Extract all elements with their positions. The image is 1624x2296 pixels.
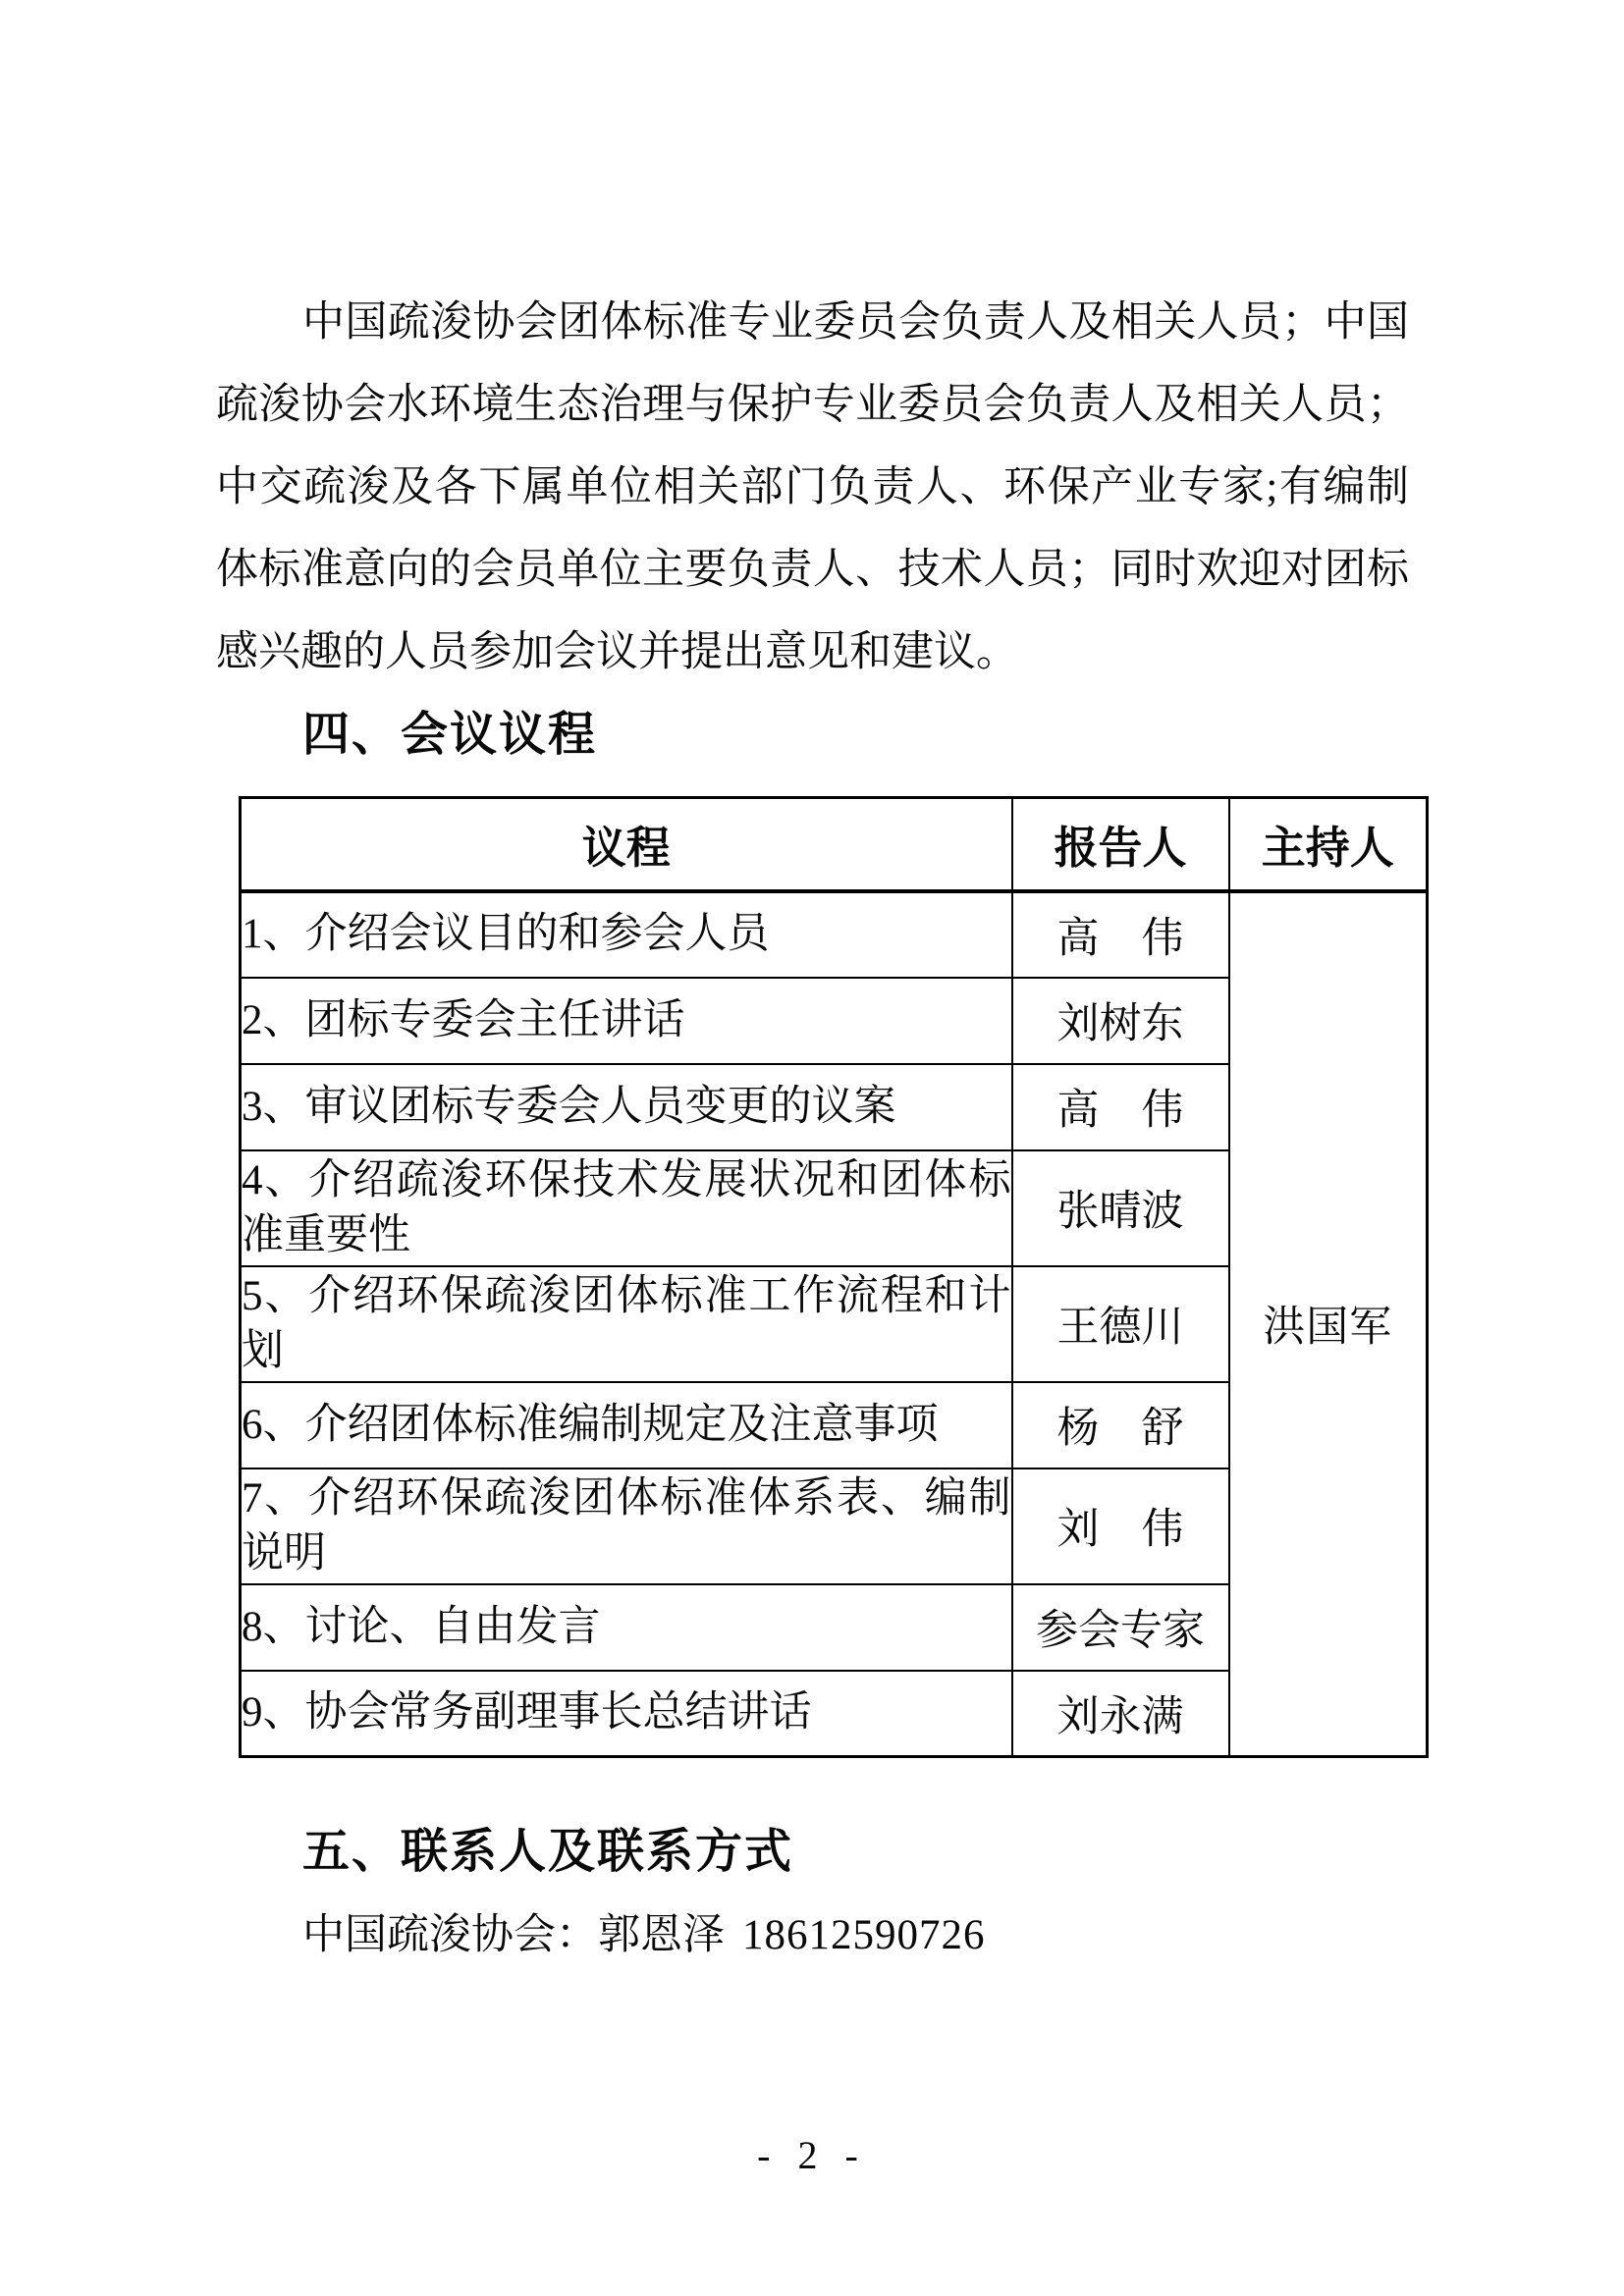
agenda-cell: 5、介绍环保疏浚团体标准工作流程和计划 (241, 1266, 1012, 1382)
agenda-cell: 4、介绍疏浚环保技术发展状况和团体标准重要性 (241, 1150, 1012, 1266)
table-row: 1、介绍会议目的和参会人员 高 伟 洪国军 (241, 891, 1428, 978)
agenda-column-header: 议程 (241, 798, 1012, 891)
host-cell: 洪国军 (1229, 891, 1428, 1757)
agenda-cell: 2、团标专委会主任讲话 (241, 978, 1012, 1064)
reporter-cell: 张晴波 (1012, 1150, 1229, 1266)
contact-phone: 18612590726 (742, 1912, 986, 1958)
host-column-header: 主持人 (1229, 798, 1428, 891)
reporter-cell: 杨 舒 (1012, 1382, 1229, 1468)
agenda-cell: 9、协会常务副理事长总结讲话 (241, 1671, 1012, 1757)
intro-paragraph-line: 体标准意向的会员单位主要负责人、技术人员；同时欢迎对团标 (216, 529, 1409, 612)
contact-line: 中国疏浚协会：郭恩泽18612590726 (302, 1901, 1409, 1970)
intro-paragraph-line: 感兴趣的人员参加会议并提出意见和建议。 (216, 612, 1409, 694)
section5-heading: 五、联系人及联系方式 (302, 1817, 1409, 1888)
intro-paragraph-line: 中交疏浚及各下属单位相关部门负责人、环保产业专家;有编制团 (216, 447, 1409, 529)
contact-name: 中国疏浚协会：郭恩泽 (302, 1912, 725, 1958)
agenda-cell: 7、介绍环保疏浚团体标准体系表、编制说明 (241, 1468, 1012, 1584)
section4-heading: 四、会议议程 (302, 700, 1409, 771)
reporter-cell: 高 伟 (1012, 1064, 1229, 1150)
intro-paragraph-line: 疏浚协会水环境生态治理与保护专业委员会负责人及相关人员； (216, 364, 1409, 447)
agenda-cell: 3、审议团标专委会人员变更的议案 (241, 1064, 1012, 1150)
intro-paragraph-line: 中国疏浚协会团体标准专业委员会负责人及相关人员；中国 (216, 282, 1409, 364)
document-content: 中国疏浚协会团体标准专业委员会负责人及相关人员；中国 疏浚协会水环境生态治理与保… (216, 282, 1409, 1970)
reporter-cell: 参会专家 (1012, 1584, 1229, 1671)
reporter-cell: 刘树东 (1012, 978, 1229, 1064)
reporter-cell: 刘 伟 (1012, 1468, 1229, 1584)
document-page: 中国疏浚协会团体标准专业委员会负责人及相关人员；中国 疏浚协会水环境生态治理与保… (0, 0, 1624, 2296)
reporter-column-header: 报告人 (1012, 798, 1229, 891)
agenda-table-header-row: 议程 报告人 主持人 (241, 798, 1428, 891)
page-number: - 2 - (0, 2132, 1624, 2178)
agenda-table: 议程 报告人 主持人 1、介绍会议目的和参会人员 高 伟 洪国军 2、团标专委会… (239, 796, 1429, 1758)
agenda-cell: 1、介绍会议目的和参会人员 (241, 891, 1012, 978)
reporter-cell: 王德川 (1012, 1266, 1229, 1382)
agenda-cell: 6、介绍团体标准编制规定及注意事项 (241, 1382, 1012, 1468)
reporter-cell: 高 伟 (1012, 891, 1229, 978)
agenda-cell: 8、讨论、自由发言 (241, 1584, 1012, 1671)
reporter-cell: 刘永满 (1012, 1671, 1229, 1757)
